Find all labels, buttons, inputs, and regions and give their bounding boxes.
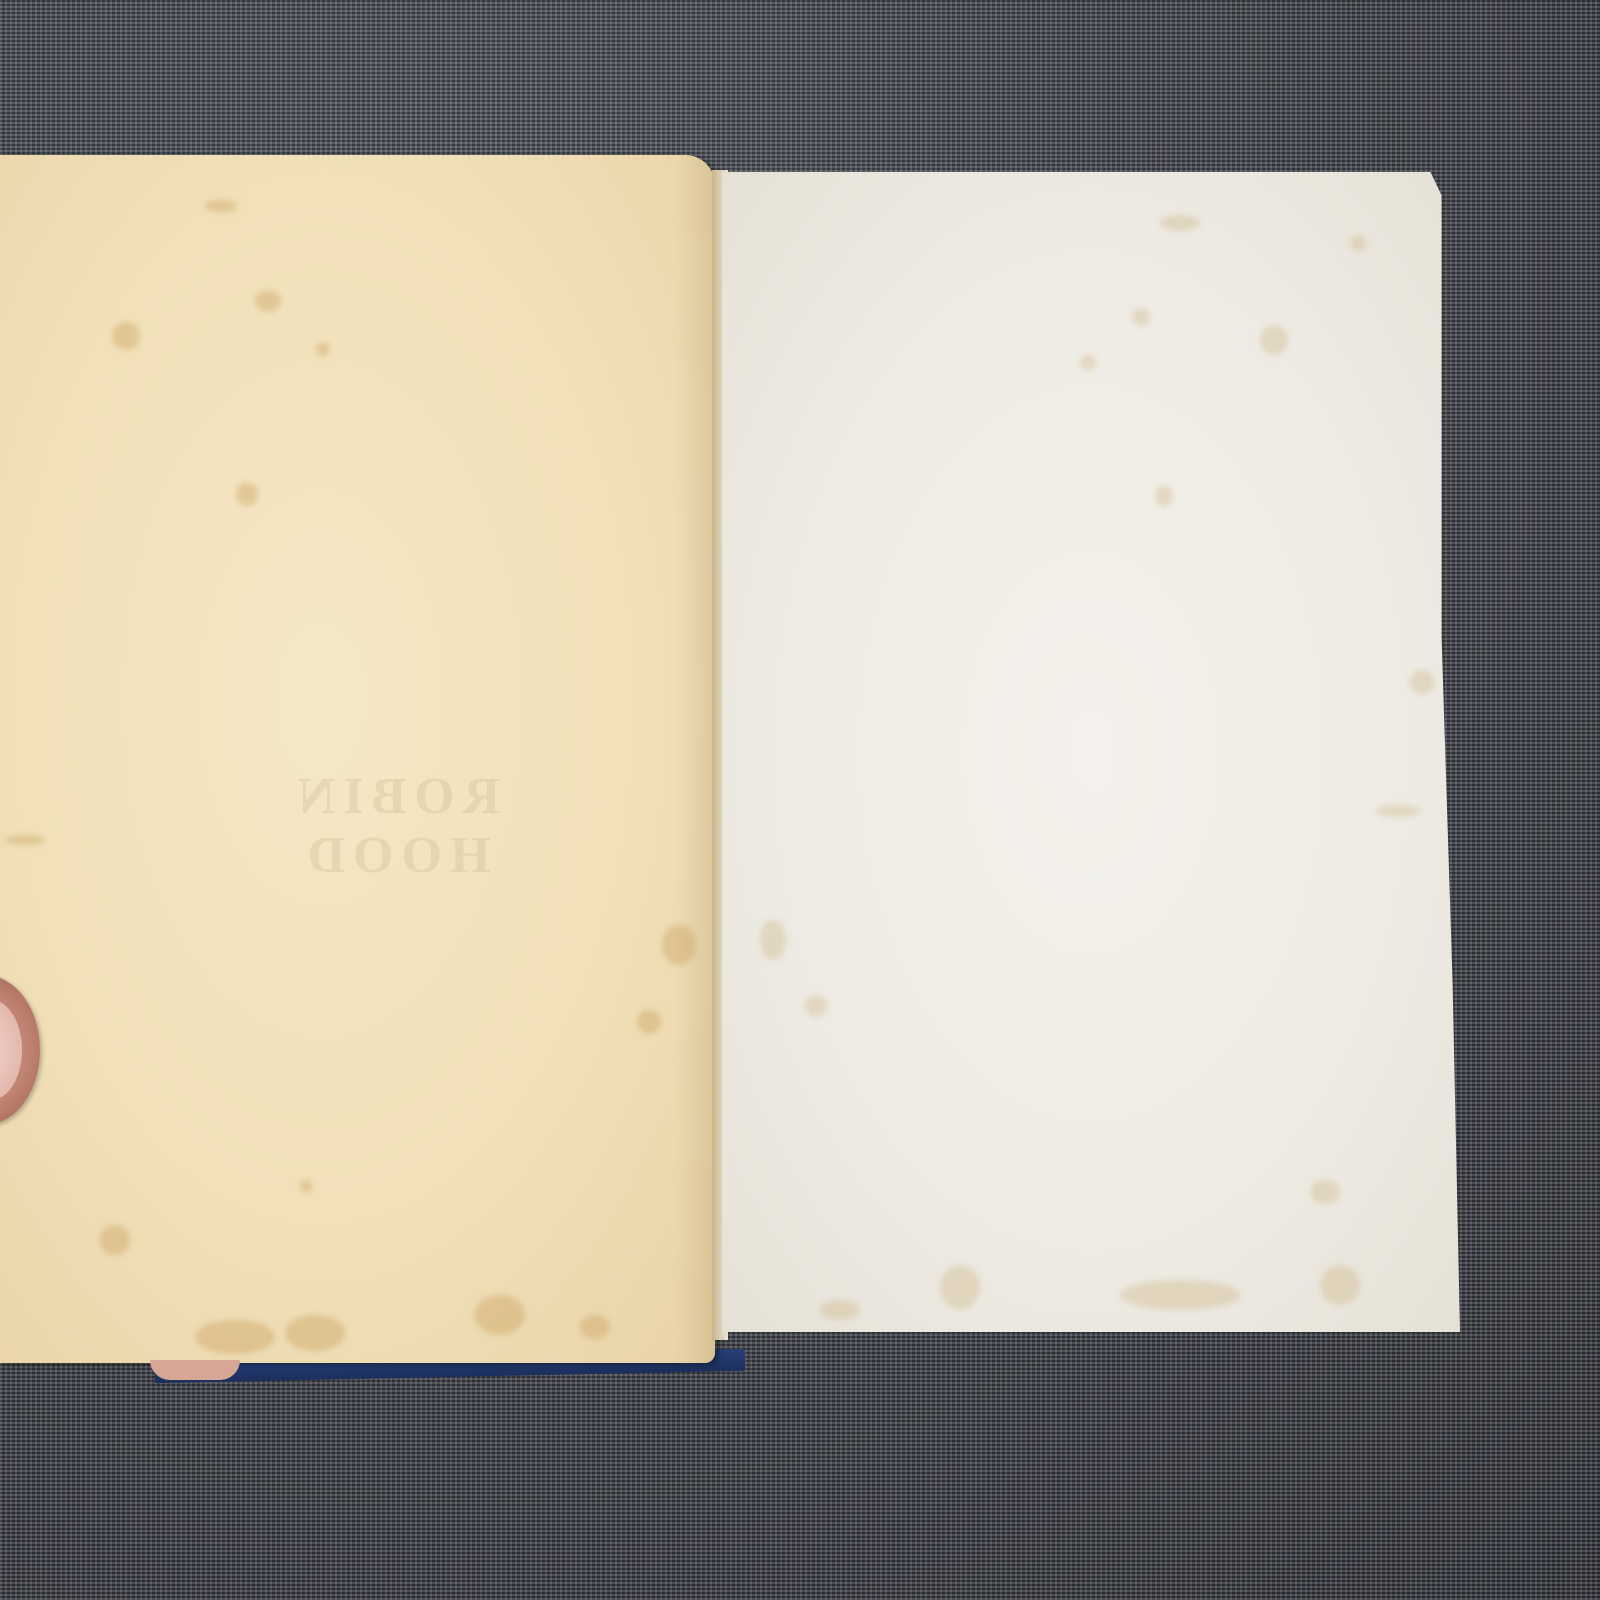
foxing-spot xyxy=(5,835,45,845)
foxing-spot xyxy=(236,482,258,506)
right-page xyxy=(722,172,1460,1332)
show-through-title: ROBIN HOOD xyxy=(205,767,585,885)
foxing-spot xyxy=(580,1315,610,1339)
finger-under-page xyxy=(150,1360,240,1380)
foxing-spot xyxy=(1080,355,1096,371)
foxing-spot xyxy=(662,925,696,965)
left-page: ROBIN HOOD xyxy=(0,155,715,1363)
photo-scene: ROBIN HOOD xyxy=(0,0,1600,1600)
foxing-spot xyxy=(1350,235,1366,251)
foxing-spot xyxy=(1260,325,1288,355)
foxing-spot xyxy=(1310,1180,1340,1204)
foxing-spot xyxy=(1375,805,1421,817)
foxing-spot xyxy=(1410,670,1434,694)
foxing-spot xyxy=(255,290,281,312)
foxing-spot xyxy=(300,1180,312,1192)
foxing-spot xyxy=(1120,1280,1240,1310)
foxing-spot xyxy=(820,1300,860,1320)
foxing-spot xyxy=(1132,308,1150,326)
foxing-spot xyxy=(805,995,827,1017)
foxing-spot xyxy=(112,322,140,350)
foxing-spot xyxy=(205,200,237,212)
foxing-spot xyxy=(195,1320,275,1354)
foxing-spot xyxy=(637,1010,661,1034)
foxing-spot xyxy=(760,920,786,960)
foxing-spot xyxy=(1320,1265,1360,1305)
foxing-spot xyxy=(1160,215,1200,231)
foxing-spot xyxy=(316,342,330,356)
foxing-spot xyxy=(475,1295,525,1335)
foxing-spot xyxy=(285,1315,345,1351)
foxing-spot xyxy=(100,1225,130,1255)
foxing-spot xyxy=(1155,485,1173,507)
foxing-spot xyxy=(940,1265,980,1309)
